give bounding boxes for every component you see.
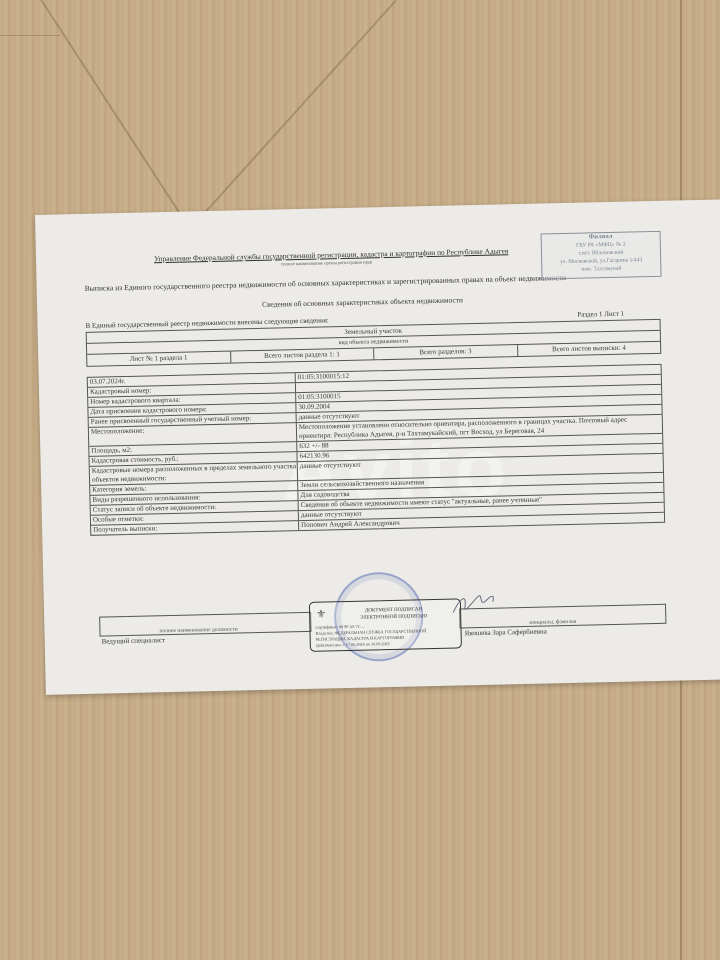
extract-title: Выписка из Единого государственного реес… [85, 273, 567, 293]
electronic-signature-box: ⚜ ДОКУМЕНТ ПОДПИСАН ЭЛЕКТРОННОЙ ПОДПИСЬЮ… [309, 598, 462, 651]
sheet-no: Лист № 1 раздела 1 [87, 352, 231, 366]
initials-caption: инициалы, фамилия [529, 619, 576, 626]
floor-seam [0, 35, 60, 36]
position-value: Ведущий специалист [102, 636, 166, 645]
characteristics-table: 03.07.2024г.01:05:3100015:12Кадастровый … [87, 364, 665, 536]
agency-caption: полное наименование органа регистрации п… [281, 259, 372, 266]
ecert-title: ДОКУМЕНТ ПОДПИСАН ЭЛЕКТРОННОЙ ПОДПИСЬЮ [360, 606, 427, 622]
handwritten-signature [449, 589, 510, 618]
ecert-line: Действителен: с 17.06.2024 по 10.09.2025 [316, 641, 390, 648]
sheets-total: Всего листов выписки: 4 [518, 342, 661, 356]
sheet-label: Раздел 1 Лист 1 [577, 310, 624, 319]
mfc-stamp: Филиал ГБУ РА «МФЦ» № 2 г.пгт. Яблоновск… [541, 231, 662, 280]
ecert-title-line: ЭЛЕКТРОННОЙ ПОДПИСЬЮ [360, 613, 427, 622]
sections-total: Всего разделов: 3 [374, 345, 518, 359]
ecert-line: РЕГИСТРАЦИИ, КАДАСТРА И КАРТОГРАФИИ [316, 635, 405, 642]
section-title: Сведения об основных характеристиках объ… [262, 295, 463, 309]
emblem-icon: ⚜ [316, 607, 328, 621]
document-sheet: Avito Управление Федеральной службы госу… [35, 199, 720, 695]
signer-name: Якошева Зара Сафербиевна [465, 627, 547, 637]
sheets-in-section: Всего листов раздела 1: 1 [231, 348, 375, 362]
